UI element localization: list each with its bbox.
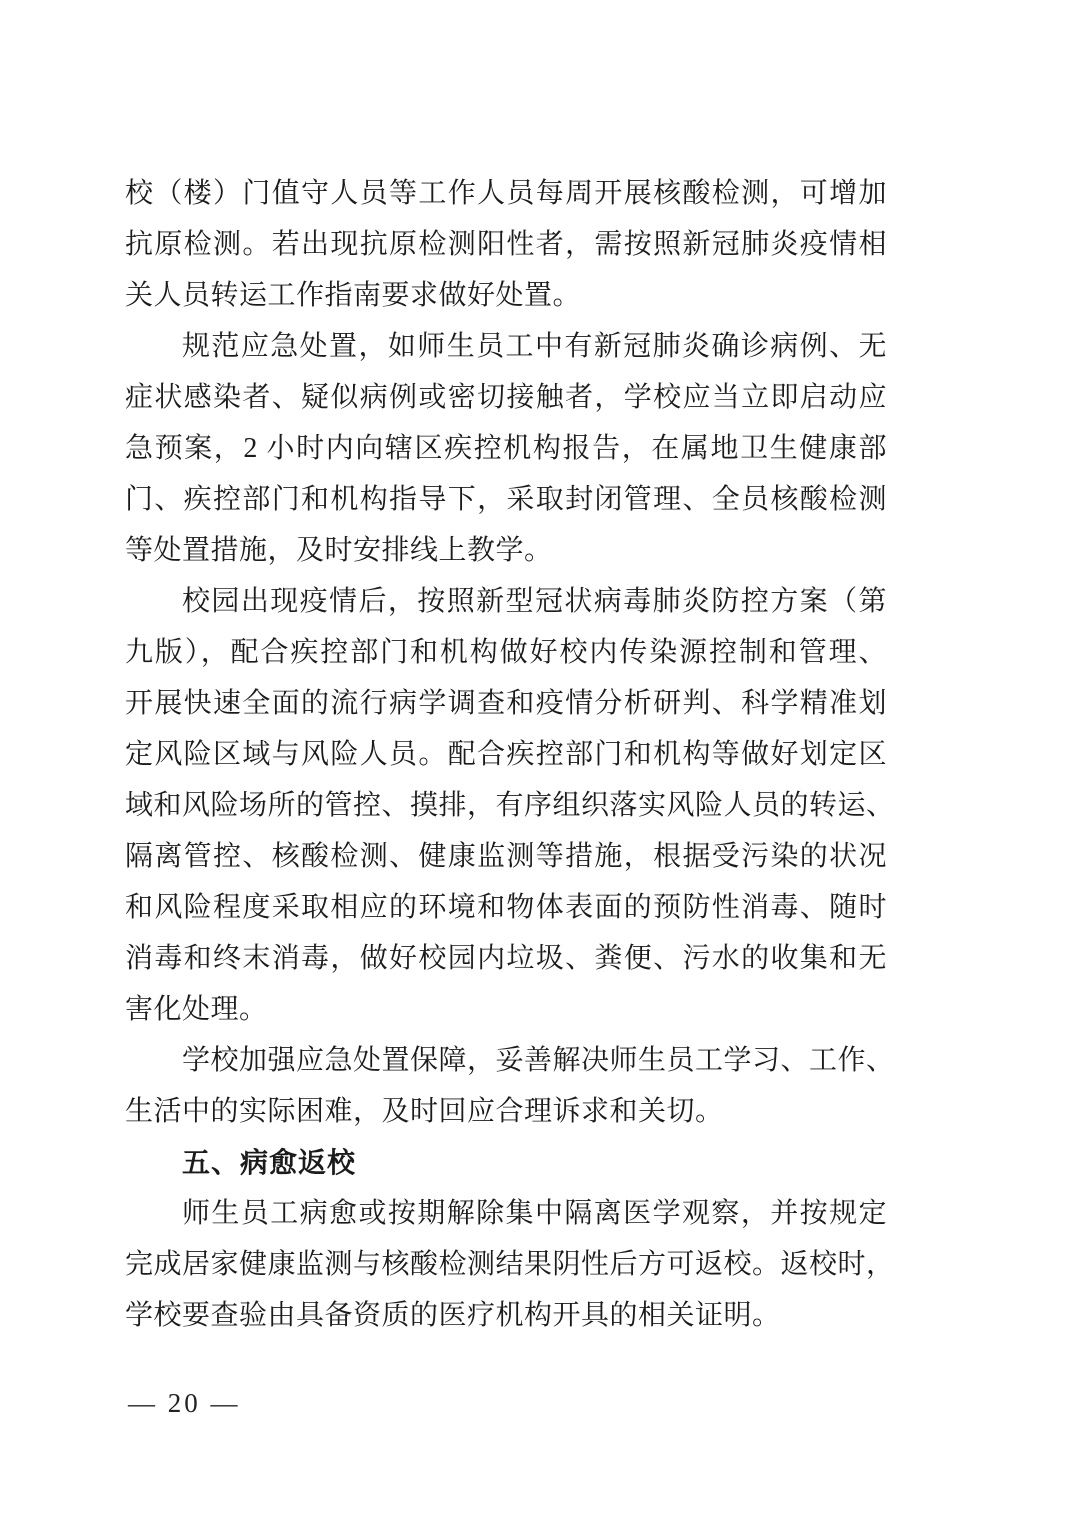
text-line: 完成居家健康监测与核酸检测结果阴性后方可返校。返校时，: [125, 1239, 887, 1290]
text-line: 害化处理。: [125, 984, 887, 1035]
text-line: 消毒和终末消毒，做好校园内垃圾、粪便、污水的收集和无: [125, 933, 887, 984]
text-line: 师生员工病愈或按期解除集中隔离医学观察，并按规定: [125, 1188, 887, 1239]
text-line: 和风险程度采取相应的环境和物体表面的预防性消毒、随时: [125, 882, 887, 933]
text-line: 开展快速全面的流行病学调查和疫情分析研判、科学精准划: [125, 678, 887, 729]
text-line: 症状感染者、疑似病例或密切接触者，学校应当立即启动应: [125, 372, 887, 423]
document-page: 校（楼）门值守人员等工作人员每周开展核酸检测，可增加抗原检测。若出现抗原检测阳性…: [0, 0, 1080, 1528]
text-line: 急预案，2 小时内向辖区疾控机构报告，在属地卫生健康部: [125, 423, 887, 474]
text-line: 九版），配合疾控部门和机构做好校内传染源控制和管理、: [125, 627, 887, 678]
section-heading: 五、病愈返校: [125, 1137, 887, 1188]
text-line: 校园出现疫情后，按照新型冠状病毒肺炎防控方案（第: [125, 576, 887, 627]
text-line: 学校加强应急处置保障，妥善解决师生员工学习、工作、: [125, 1035, 887, 1086]
text-line: 等处置措施，及时安排线上教学。: [125, 525, 887, 576]
text-line: 定风险区域与风险人员。配合疾控部门和机构等做好划定区: [125, 729, 887, 780]
text-line: 关人员转运工作指南要求做好处置。: [125, 270, 887, 321]
document-body: 校（楼）门值守人员等工作人员每周开展核酸检测，可增加抗原检测。若出现抗原检测阳性…: [125, 168, 887, 1341]
text-line: 隔离管控、核酸检测、健康监测等措施，根据受污染的状况: [125, 831, 887, 882]
text-line: 规范应急处置，如师生员工中有新冠肺炎确诊病例、无: [125, 321, 887, 372]
text-line: 校（楼）门值守人员等工作人员每周开展核酸检测，可增加: [125, 168, 887, 219]
text-line: 域和风险场所的管控、摸排，有序组织落实风险人员的转运、: [125, 780, 887, 831]
text-line: 抗原检测。若出现抗原检测阳性者，需按照新冠肺炎疫情相: [125, 219, 887, 270]
text-line: 学校要查验由具备资质的医疗机构开具的相关证明。: [125, 1290, 887, 1341]
text-line: 门、疾控部门和机构指导下，采取封闭管理、全员核酸检测: [125, 474, 887, 525]
text-line: 生活中的实际困难，及时回应合理诉求和关切。: [125, 1086, 887, 1137]
page-number: — 20 —: [128, 1386, 241, 1420]
